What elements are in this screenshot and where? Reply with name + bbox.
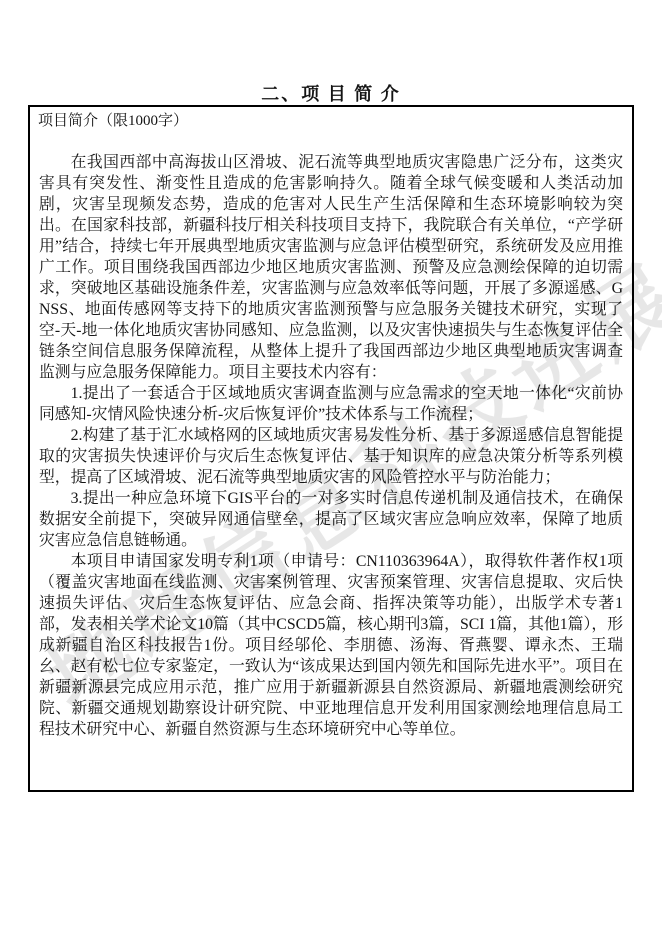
intro-box-label: 项目简介（限1000字） xyxy=(30,107,632,132)
page-title: 二、项 目 简 介 xyxy=(0,80,662,106)
document-page: 地理信息科技进展 二、项 目 简 介 项目简介（限1000字） 在我国西部中高海… xyxy=(0,0,662,936)
paragraph: 本项目申请国家发明专利1项（申请号：CN110363964A），取得软件著作权1… xyxy=(39,551,623,740)
paragraph: 3.提出一种应急环境下GIS平台的一对多实时信息传递机制及通信技术，在确保数据安… xyxy=(39,488,623,551)
paragraph: 1.提出了一套适合于区域地质灾害调查监测与应急需求的空天地一体化“灾前协同感知-… xyxy=(39,383,623,425)
intro-box: 项目简介（限1000字） 在我国西部中高海拔山区滑坡、泥石流等典型地质灾害隐患广… xyxy=(28,105,634,792)
intro-paragraphs: 在我国西部中高海拔山区滑坡、泥石流等典型地质灾害隐患广泛分布，这类灾害具有突发性… xyxy=(30,132,632,740)
paragraph: 在我国西部中高海拔山区滑坡、泥石流等典型地质灾害隐患广泛分布，这类灾害具有突发性… xyxy=(39,152,623,383)
paragraph: 2.构建了基于汇水域格网的区域地质灾害易发性分析、基于多源遥感信息智能提取的灾害… xyxy=(39,425,623,488)
